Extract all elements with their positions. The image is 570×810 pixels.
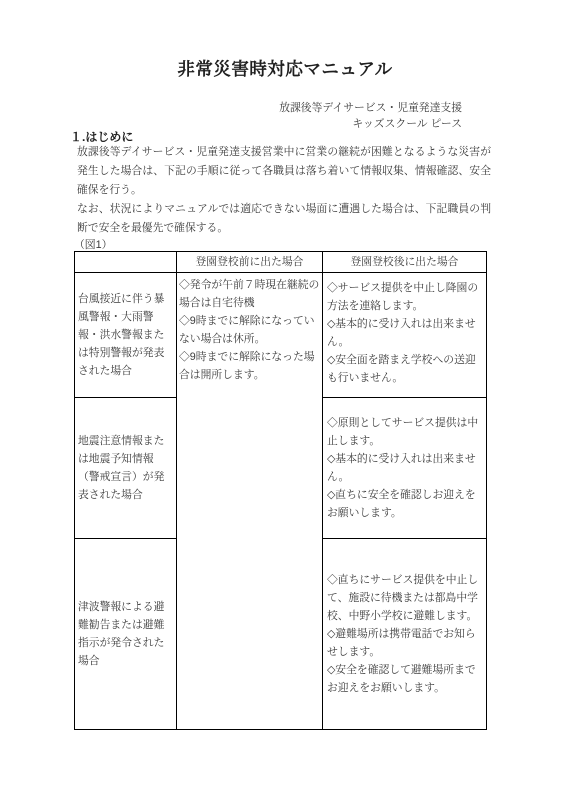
after-attendance-actions-earthquake: ◇原則としてサービス提供は中止します。 ◇基本的に受け入れは出来ません。 ◇直ち… [323,398,487,539]
intro-paragraph-2: なお、状況によりマニュアルでは適応できない場面に遭遇した場合は、下記職員の判断で… [77,200,491,238]
document-title: 非常災害時対応マニュアル [0,56,570,81]
condition-typhoon-warning: 台風接近に伴う暴風警報・大雨警報・洪水警報または特別警報が発表された場合 [75,273,177,398]
after-attendance-actions-typhoon: ◇サービス提供を中止し降園の方法を連絡します。 ◇基本的に受け入れは出来ません。… [323,273,487,398]
subtitle-service-type: 放課後等デイサービス・児童発達支援 [0,100,462,115]
document-page: 非常災害時対応マニュアル 放課後等デイサービス・児童発達支援 キッズスクール ピ… [0,0,570,810]
figure-1-label: （図1） [74,237,112,252]
after-attendance-actions-tsunami: ◇直ちにサービス提供を中止して、施設に待機または都島中学校、中野小学校に避難しま… [323,539,487,730]
table-header-row: 登園登校前に出た場合 登園登校後に出た場合 [75,252,487,273]
disaster-response-table: 登園登校前に出た場合 登園登校後に出た場合 台風接近に伴う暴風警報・大雨警報・洪… [74,251,487,730]
table-row-typhoon: 台風接近に伴う暴風警報・大雨警報・洪水警報または特別警報が発表された場合 ◇発令… [75,273,487,398]
before-attendance-actions: ◇発令が午前７時現在継続の場合は自宅待機 ◇9時までに解除になっていない場合は休… [177,273,323,730]
table-header-before-attendance: 登園登校前に出た場合 [177,252,323,273]
table-corner-cell [75,252,177,273]
table-header-after-attendance: 登園登校後に出た場合 [323,252,487,273]
intro-paragraph-1: 放課後等デイサービス・児童発達支援営業中に営業の継続が困難となるような災害が発生… [77,143,491,200]
condition-tsunami-evacuation: 津波警報による避難勧告または避難指示が発令された場合 [75,539,177,730]
condition-earthquake-advisory: 地震注意情報または地震予知情報（警戒宣言）が発表された場合 [75,398,177,539]
